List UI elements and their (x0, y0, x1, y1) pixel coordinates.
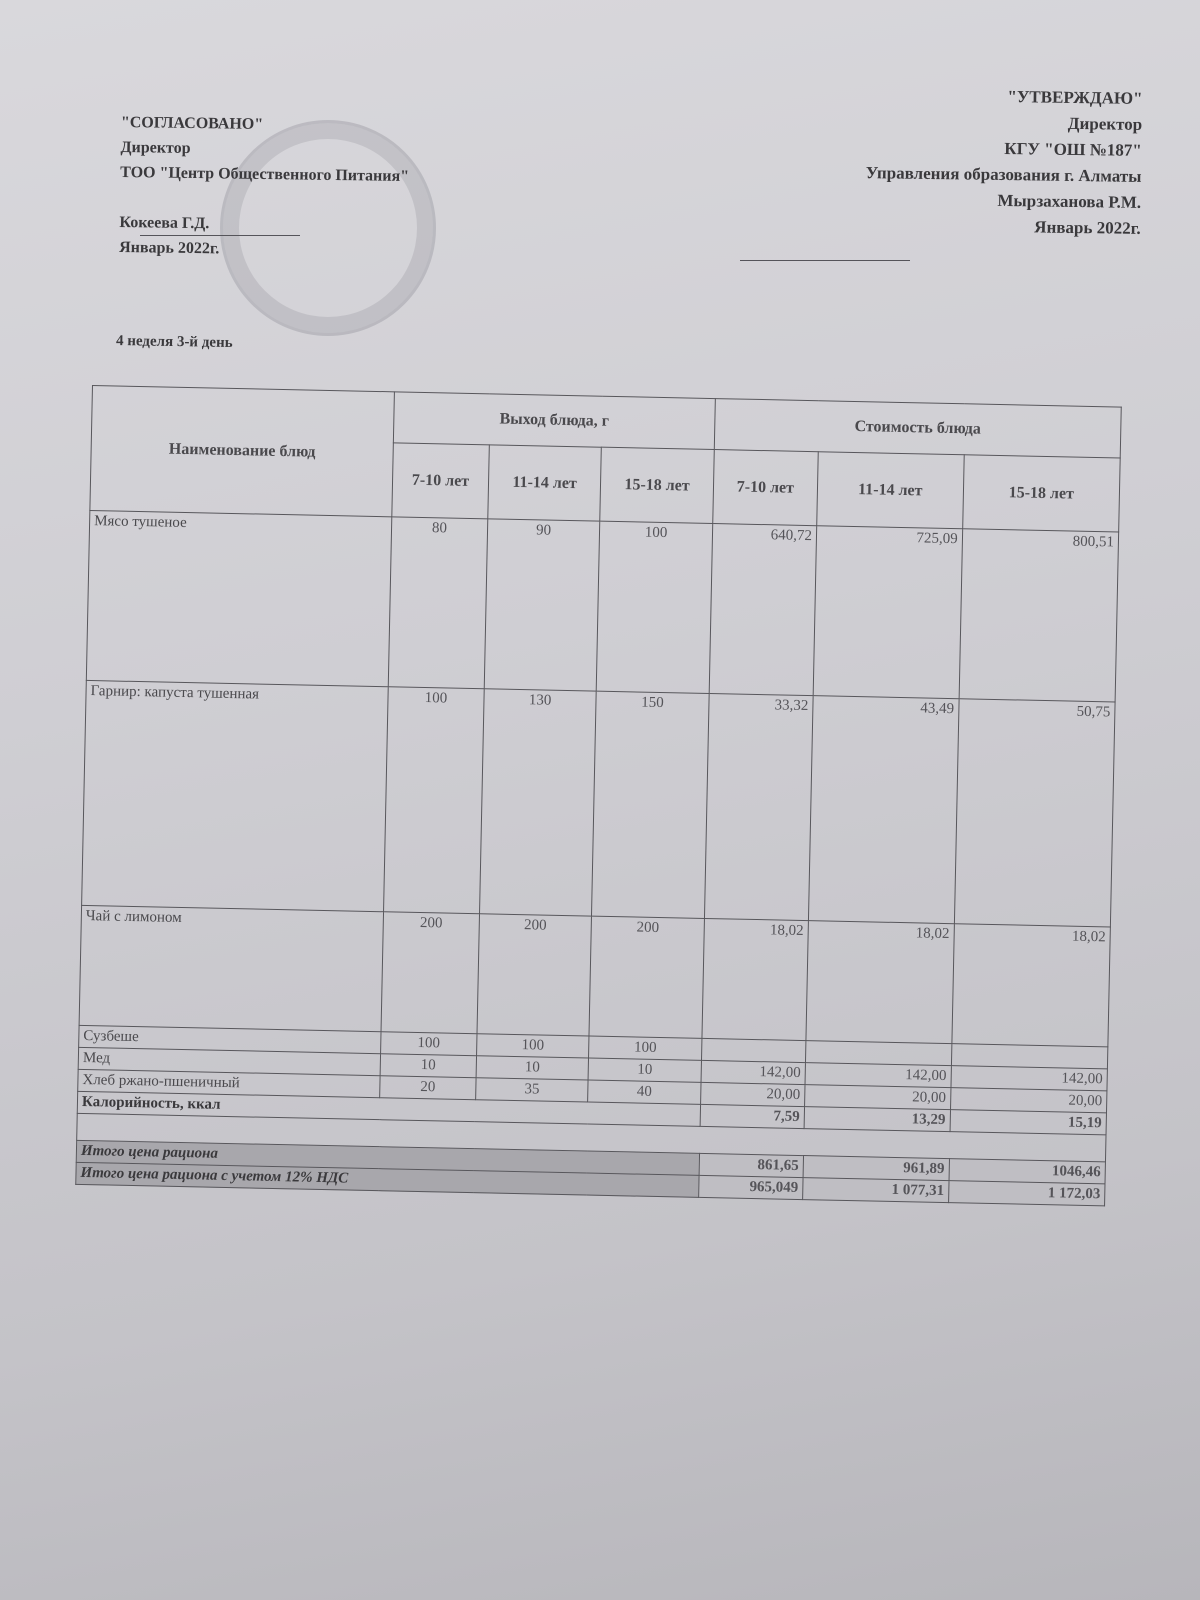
header-dish-name: Наименование блюд (90, 386, 395, 517)
calorie-cell: 7,59 (700, 1104, 805, 1128)
yield-cell: 200 (381, 912, 479, 1034)
cost-cell: 20,00 (700, 1082, 805, 1106)
menu-table-container: Наименование блюд Выход блюда, г Стоимос… (75, 385, 1122, 1206)
total-cell: 861,65 (699, 1153, 804, 1177)
total-cell: 1046,46 (949, 1159, 1106, 1184)
yield-cell: 10 (380, 1054, 476, 1078)
approved-block: "УТВЕРЖДАЮ" Директор КГУ "ОШ №187" Управ… (865, 82, 1143, 242)
yield-cell: 100 (589, 1036, 702, 1060)
cost-cell: 142,00 (701, 1060, 806, 1084)
yield-cell: 90 (484, 519, 600, 691)
cost-cell: 20,00 (950, 1088, 1107, 1113)
cost-cell: 18,02 (806, 921, 954, 1044)
approved-position: Директор (867, 108, 1143, 138)
calorie-cell: 13,29 (804, 1107, 950, 1132)
document-page: "СОГЛАСОВАНО" Директор ТОО "Центр Общест… (0, 0, 1200, 1600)
yield-cell: 100 (381, 1032, 477, 1056)
header-cost-7-10: 7-10 лет (713, 450, 819, 526)
total-cell: 961,89 (803, 1156, 949, 1181)
total-vat-cell: 1 172,03 (948, 1181, 1105, 1206)
cost-cell: 640,72 (709, 524, 817, 696)
yield-cell: 20 (380, 1076, 476, 1100)
cost-cell: 43,49 (808, 696, 958, 924)
yield-cell: 100 (597, 521, 713, 693)
week-day-label: 4 неделя 3-й день (116, 333, 233, 352)
total-vat-cell: 965,049 (698, 1175, 803, 1199)
yield-cell: 150 (592, 691, 709, 918)
cost-cell: 142,00 (805, 1063, 951, 1088)
cost-cell: 142,00 (951, 1066, 1108, 1091)
approved-name: Мырзаханова Р.М. (866, 186, 1142, 216)
header-yield-15-18: 15-18 лет (600, 447, 714, 523)
yield-cell: 100 (476, 1034, 589, 1058)
yield-cell: 80 (388, 517, 487, 689)
yield-cell: 130 (479, 689, 596, 916)
dish-name: Мясо тушеное (86, 510, 392, 686)
agreed-date: Январь 2022г. (119, 235, 408, 264)
yield-cell: 100 (384, 687, 485, 914)
dish-name: Чай с лимоном (79, 905, 383, 1031)
table-row: Чай с лимоном 200 200 200 18,02 18,02 18… (79, 905, 1110, 1047)
yield-cell: 35 (475, 1078, 588, 1102)
header-yield-11-14: 11-14 лет (488, 445, 602, 521)
cost-cell (805, 1041, 951, 1066)
cost-cell: 20,00 (804, 1085, 950, 1110)
cost-cell: 33,32 (704, 693, 813, 920)
agreed-block: "СОГЛАСОВАНО" Директор ТОО "Центр Общест… (119, 110, 410, 264)
header-yield-7-10: 7-10 лет (392, 443, 489, 519)
dish-name: Гарнир: капуста тушенная (82, 680, 389, 911)
table-row: Гарнир: капуста тушенная 100 130 150 33,… (82, 680, 1115, 927)
menu-table: Наименование блюд Выход блюда, г Стоимос… (75, 385, 1122, 1206)
yield-cell: 200 (589, 916, 704, 1038)
agreed-organization: ТОО "Центр Общественного Питания" (120, 160, 409, 189)
header-yield: Выход блюда, г (393, 392, 715, 450)
cost-cell: 800,51 (959, 529, 1119, 702)
header-cost-11-14: 11-14 лет (817, 452, 964, 529)
cost-cell (701, 1038, 806, 1062)
cost-cell (951, 1044, 1108, 1069)
yield-cell: 10 (588, 1058, 701, 1082)
table-row: Мясо тушеное 80 90 100 640,72 725,09 800… (86, 510, 1118, 702)
signature-line-right (740, 240, 910, 261)
cost-cell: 18,02 (952, 924, 1111, 1047)
header-cost-15-18: 15-18 лет (962, 455, 1120, 532)
approved-department: Управления образования г. Алматы (866, 160, 1142, 190)
header-cost: Стоимость блюда (714, 399, 1121, 458)
cost-cell: 725,09 (813, 526, 962, 699)
approved-organization: КГУ "ОШ №187" (866, 134, 1142, 164)
total-vat-cell: 1 077,31 (803, 1178, 949, 1203)
approved-date: Январь 2022г. (865, 212, 1141, 242)
yield-cell: 10 (476, 1056, 589, 1080)
yield-cell: 40 (588, 1080, 701, 1104)
cost-cell: 18,02 (702, 918, 809, 1040)
calorie-cell: 15,19 (950, 1110, 1107, 1135)
yield-cell: 200 (477, 914, 592, 1036)
approved-heading: "УТВЕРЖДАЮ" (867, 82, 1143, 112)
cost-cell: 50,75 (954, 699, 1115, 927)
